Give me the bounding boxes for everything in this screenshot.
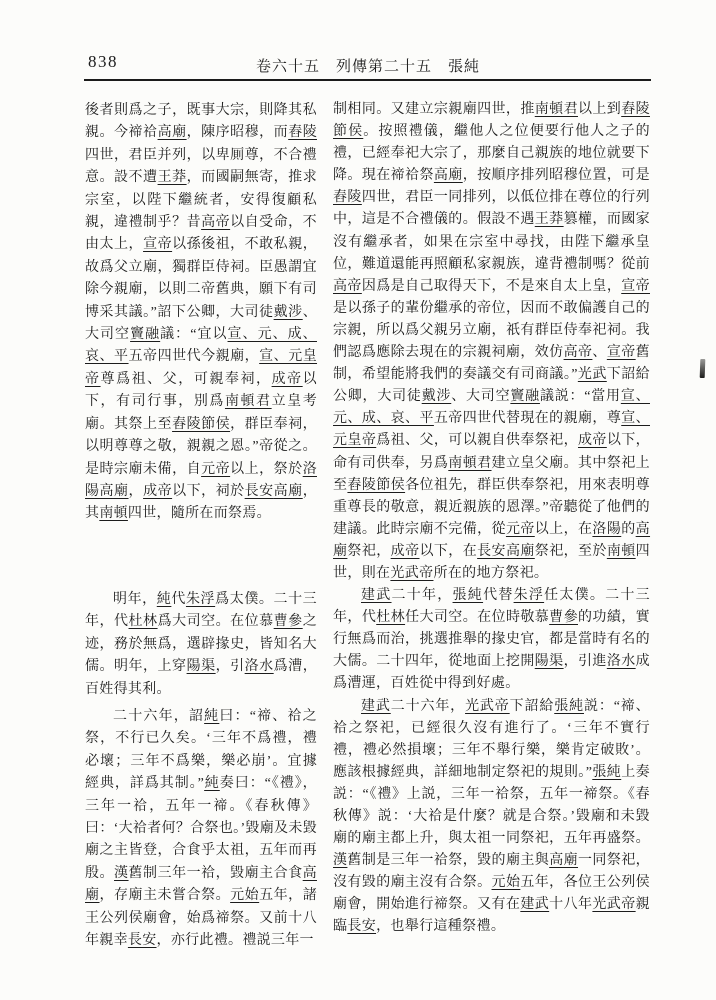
- proper-name-underline: 宣帝: [621, 279, 650, 294]
- scan-artifact-mark: [700, 359, 706, 378]
- text-paragraph: 二十六年，詔純曰：“禘、祫之祭，不行已久矣。‘三年不爲禮，禮必壞；三年不爲樂，樂…: [85, 706, 317, 952]
- proper-name-underline: 純: [157, 592, 172, 607]
- proper-name-underline: 王莽: [158, 170, 187, 185]
- proper-name-underline: 陽渠: [535, 654, 564, 669]
- proper-name-underline: 陽渠: [187, 659, 216, 674]
- header-rule: [84, 79, 651, 81]
- proper-name-underline: 戴涉: [422, 389, 452, 404]
- proper-name-underline: 長安: [245, 484, 274, 499]
- proper-name-underline: 建武: [361, 588, 392, 603]
- proper-name-underline: 成帝: [143, 484, 172, 499]
- proper-name-underline: 杜林: [376, 610, 405, 625]
- proper-name-underline: 高帝: [333, 279, 362, 294]
- chapter-title: 卷六十五 列傳第二十五 張純: [85, 55, 651, 76]
- text-paragraph: 後者則爲之子，既事大宗，則降其私親。今禘祫高廟，陳序昭穆，而舂陵四世，君臣并列，…: [85, 100, 317, 526]
- proper-name-underline: 成帝: [391, 544, 420, 559]
- proper-name-underline: 純: [204, 709, 219, 724]
- proper-name-underline: 竇融: [130, 327, 160, 342]
- proper-name-underline: 宣帝: [143, 237, 172, 252]
- proper-name-underline: 建武: [361, 699, 391, 714]
- proper-name-underline: 高廟: [434, 168, 463, 183]
- proper-name-underline: 光武帝: [390, 566, 433, 581]
- proper-name-underline: 戴涉: [274, 305, 303, 320]
- proper-name-underline: 舂陵節侯: [333, 102, 650, 139]
- proper-name-underline: 張純: [592, 765, 621, 780]
- proper-name-underline: 南頓君: [225, 394, 272, 409]
- proper-name-underline: 舂陵: [288, 125, 317, 140]
- proper-name-underline: 張純: [453, 588, 484, 603]
- proper-name-underline: 光武帝: [592, 897, 635, 912]
- proper-name-underline: 宣帝: [607, 345, 636, 360]
- proper-name-underline: 南頓君: [448, 456, 491, 471]
- proper-name-underline: 高廟: [158, 125, 187, 140]
- proper-name-underline: 南頓: [607, 544, 636, 559]
- book-page: 838 卷六十五 列傳第二十五 張純 後者則爲之子，既事大宗，則降其私親。今禘祫…: [0, 0, 716, 1000]
- classical-text-column: 後者則爲之子，既事大宗，則降其私親。今禘祫高廟，陳序昭穆，而舂陵四世，君臣并列，…: [85, 100, 317, 960]
- proper-name-underline: 高帝: [564, 345, 593, 360]
- proper-name-underline: 元始: [492, 875, 521, 890]
- proper-name-underline: 舂陵節侯: [172, 417, 230, 432]
- proper-name-underline: 漢: [114, 866, 129, 881]
- proper-name-underline: 宣、元、成、哀、平: [333, 389, 650, 426]
- proper-name-underline: 漢: [333, 853, 347, 868]
- proper-name-underline: 成帝: [578, 433, 607, 448]
- text-paragraph: 明年，純代朱浮爲太僕。二十三年，代杜林爲大司空。在位慕曹參之迹，務於無爲，選辟掾…: [85, 589, 317, 701]
- proper-name-underline: 杜林: [129, 614, 158, 629]
- proper-name-underline: 元始: [230, 888, 259, 903]
- proper-name-underline: 洛陽: [592, 522, 621, 537]
- proper-name-underline: 長安: [128, 933, 157, 948]
- proper-name-underline: 曹參: [549, 610, 578, 625]
- proper-name-underline: 高廟: [549, 853, 578, 868]
- proper-name-underline: 舂陵: [333, 190, 362, 205]
- proper-name-underline: 建武: [520, 897, 549, 912]
- proper-name-underline: 南頓君: [535, 102, 578, 117]
- proper-name-underline: 洛水: [245, 659, 274, 674]
- translation-text-column: 制相同。又建立宗親廟四世，推南頓君以上到舂陵節侯。按照禮儀，繼他人之位便要行他人…: [333, 99, 650, 939]
- proper-name-underline: 洛水: [607, 654, 636, 669]
- proper-name-underline: 王莽: [535, 212, 564, 227]
- proper-name-underline: 南頓: [99, 506, 128, 521]
- proper-name-underline: 元帝: [201, 462, 230, 477]
- proper-name-underline: 純: [204, 776, 220, 791]
- text-paragraph: 建武二十六年，光武帝下詔給張純説：“禘、祫之祭祀，已經很久沒有進行了。‘三年不實…: [333, 696, 650, 939]
- proper-name-underline: 竇融: [510, 389, 540, 404]
- proper-name-underline: 長安: [477, 544, 506, 559]
- text-paragraph: 制相同。又建立宗親廟四世，推南頓君以上到舂陵節侯。按照禮儀，繼他人之位便要行他人…: [333, 99, 650, 585]
- proper-name-underline: 光武帝: [465, 699, 510, 714]
- text-paragraph: 建武二十年，張純代替朱浮任太僕。二十三年，代杜林任大司空。在位時敬慕曹參的功績，…: [333, 585, 650, 695]
- proper-name-underline: 元帝: [506, 522, 535, 537]
- proper-name-underline: 高帝: [201, 215, 230, 230]
- proper-name-underline: 成帝: [272, 372, 303, 387]
- proper-name-underline: 光武: [578, 367, 607, 382]
- proper-name-underline: 舂陵節侯: [347, 478, 405, 493]
- proper-name-underline: 高廟: [274, 484, 303, 499]
- proper-name-underline: 朱浮: [186, 592, 215, 607]
- proper-name-underline: 曹參: [274, 614, 303, 629]
- proper-name-underline: 朱浮: [514, 588, 545, 603]
- proper-name-underline: 高廟: [506, 544, 535, 559]
- proper-name-underline: 長安: [347, 919, 376, 934]
- proper-name-underline: 高廟: [100, 484, 129, 499]
- proper-name-underline: 張純: [554, 699, 584, 714]
